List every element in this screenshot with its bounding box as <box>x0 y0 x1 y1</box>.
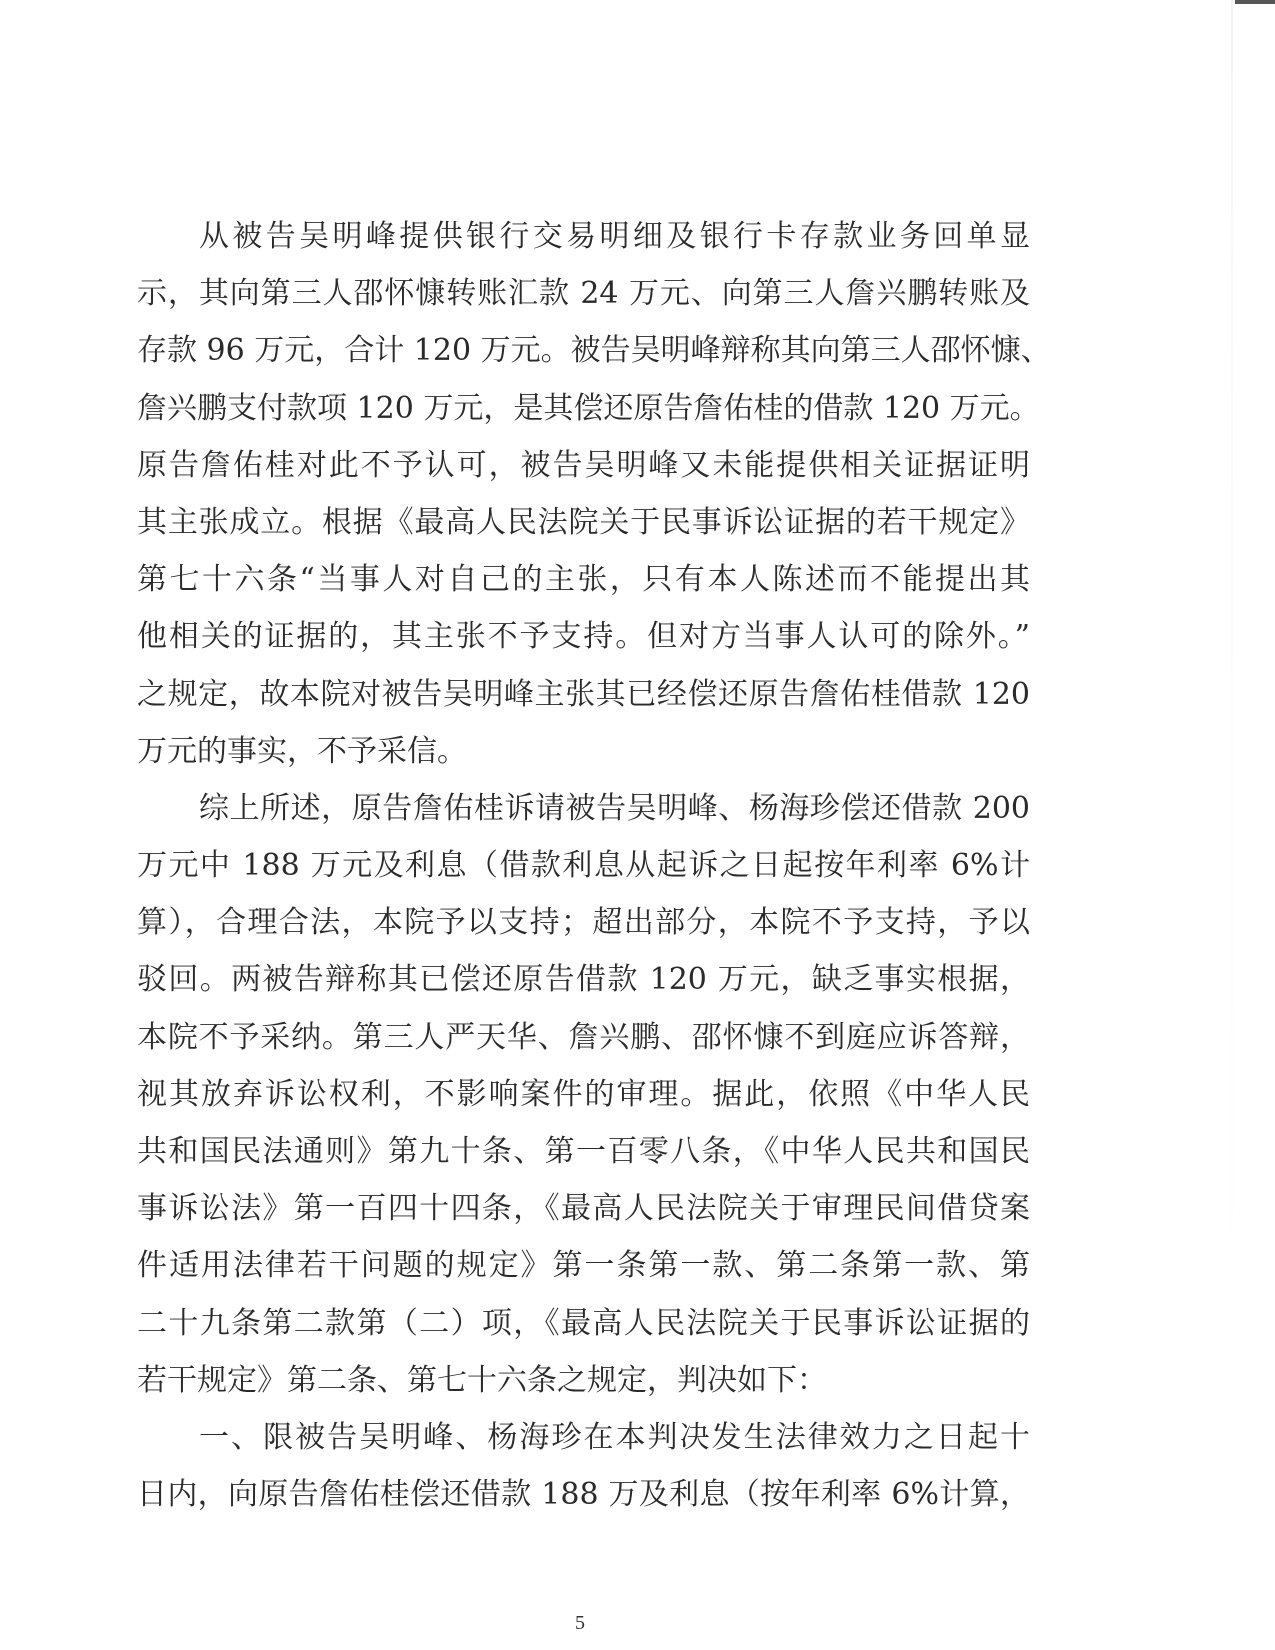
text-line: 件适用法律若干问题的规定》第一条第一款、第二条第一款、第 <box>137 1237 1030 1294</box>
text-line: 詹兴鹏支付款项 120 万元，是其偿还原告詹佑桂的借款 120 万元。 <box>137 380 1030 437</box>
text-line: 日内，向原告詹佑桂偿还借款 188 万及利息（按年利率 6%计算， <box>137 1466 1030 1523</box>
text-line: 之规定，故本院对被告吴明峰主张其已经偿还原告詹佑桂借款 120 <box>137 666 1030 723</box>
text-line: 从被告吴明峰提供银行交易明细及银行卡存款业务回单显 <box>137 208 1030 265</box>
text-line: 示，其向第三人邵怀慷转账汇款 24 万元、向第三人詹兴鹏转账及 <box>137 265 1030 322</box>
paragraph-judgment-item-1: 一、限被告吴明峰、杨海珍在本判决发生法律效力之日起十 日内，向原告詹佑桂偿还借款… <box>137 1409 1030 1523</box>
paragraph-summary-ruling-basis: 综上所述，原告詹佑桂诉请被告吴明峰、杨海珍偿还借款 200 万元中 188 万元… <box>137 780 1030 1409</box>
text-line: 万元的事实，不予采信。 <box>137 723 1030 780</box>
text-line: 二十九条第二款第（二）项，《最高人民法院关于民事诉讼证据的 <box>137 1295 1030 1352</box>
text-line: 共和国民法通则》第九十条、第一百零八条，《中华人民共和国民 <box>137 1123 1030 1180</box>
text-line: 他相关的证据的，其主张不予支持。但对方当事人认可的除外。” <box>137 608 1030 665</box>
scan-corner-mark <box>1235 0 1275 4</box>
text-line: 原告詹佑桂对此不予认可，被告吴明峰又未能提供相关证据证明 <box>137 437 1030 494</box>
text-line: 第七十六条“当事人对自己的主张，只有本人陈述而不能提出其 <box>137 551 1030 608</box>
text-line: 其主张成立。根据《最高人民法院关于民事诉讼证据的若干规定》 <box>137 494 1030 551</box>
text-line: 万元中 188 万元及利息（借款利息从起诉之日起按年利率 6%计 <box>137 837 1030 894</box>
text-line: 一、限被告吴明峰、杨海珍在本判决发生法律效力之日起十 <box>137 1409 1030 1466</box>
paragraph-evidence-analysis: 从被告吴明峰提供银行交易明细及银行卡存款业务回单显 示，其向第三人邵怀慷转账汇款… <box>137 208 1030 780</box>
text-line: 算），合理合法，本院予以支持；超出部分，本院不予支持，予以 <box>137 894 1030 951</box>
text-line: 综上所述，原告詹佑桂诉请被告吴明峰、杨海珍偿还借款 200 <box>137 780 1030 837</box>
document-body: 从被告吴明峰提供银行交易明细及银行卡存款业务回单显 示，其向第三人邵怀慷转账汇款… <box>137 208 1030 1523</box>
scan-shadow-line <box>1231 0 1233 1650</box>
text-line: 事诉讼法》第一百四十四条，《最高人民法院关于审理民间借贷案 <box>137 1180 1030 1237</box>
text-line: 存款 96 万元，合计 120 万元。被告吴明峰辩称其向第三人邵怀慷、 <box>137 322 1030 379</box>
text-line: 本院不予采纳。第三人严天华、詹兴鹏、邵怀慷不到庭应诉答辩， <box>137 1009 1030 1066</box>
text-line: 视其放弃诉讼权利，不影响案件的审理。据此，依照《中华人民 <box>137 1066 1030 1123</box>
text-line: 驳回。两被告辩称其已偿还原告借款 120 万元，缺乏事实根据， <box>137 951 1030 1008</box>
page-number: 5 <box>0 1612 1160 1635</box>
text-line: 若干规定》第二条、第七十六条之规定，判决如下： <box>137 1352 1030 1409</box>
